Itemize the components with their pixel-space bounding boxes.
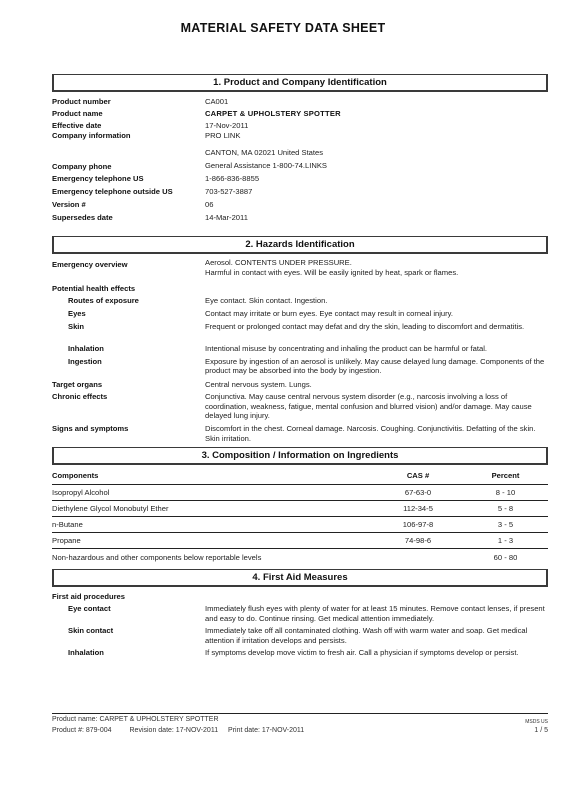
field-value: Central nervous system. Lungs.	[205, 380, 548, 390]
field-emergency-phone-outside-us: Emergency telephone outside US 703-527-3…	[52, 187, 548, 200]
first-aid-eye-contact: Eye contact Immediately flush eyes with …	[52, 604, 548, 626]
field-value: Contact may irritate or burn eyes. Eye c…	[205, 309, 548, 319]
footer-divider	[52, 713, 548, 714]
component-name: Propane	[52, 533, 373, 549]
field-label: Signs and symptoms	[52, 424, 128, 434]
component-name: Isopropyl Alcohol	[52, 485, 373, 501]
field-value: 703-527-3887	[205, 187, 548, 197]
footer-product-number: Product #: 879-004	[52, 727, 112, 734]
field-company-information: Company information PRO LINK	[52, 131, 548, 148]
field-value: Eye contact. Skin contact. Ingestion.	[205, 296, 548, 306]
footer-line-1: Product name: CARPET & UPHOLSTERY SPOTTE…	[52, 716, 548, 723]
component-cas: 74-98-6	[373, 533, 463, 549]
section-heading: 3. Composition / Information on Ingredie…	[52, 447, 548, 465]
field-label: Company information	[52, 131, 130, 141]
field-product-number: Product number CA001	[52, 97, 548, 109]
potential-health-effects: Potential health effects	[52, 284, 548, 296]
signs-and-symptoms: Signs and symptoms Discomfort in the che…	[52, 424, 548, 446]
component-name: Diethylene Glycol Monobutyl Ether	[52, 501, 373, 517]
first-aid-skin-contact: Skin contact Immediately take off all co…	[52, 626, 548, 648]
component-cas	[373, 549, 463, 567]
component-name: n-Butane	[52, 517, 373, 533]
footer-product-name: Product name: CARPET & UPHOLSTERY SPOTTE…	[52, 716, 219, 723]
field-value: Exposure by ingestion of an aerosol is u…	[205, 357, 548, 375]
field-product-name: Product name CARPET & UPHOLSTERY SPOTTER	[52, 109, 548, 121]
field-value: CANTON, MA 02021 United States	[205, 148, 548, 158]
section-composition: 3. Composition / Information on Ingredie…	[52, 447, 548, 465]
emergency-overview: Emergency overview Aerosol. CONTENTS UND…	[52, 258, 548, 284]
subheading: Potential health effects	[52, 284, 135, 294]
field-label: Skin	[68, 322, 84, 332]
table-header-row: Components CAS # Percent	[52, 467, 548, 485]
field-label: Routes of exposure	[68, 296, 139, 306]
field-value: CA001	[205, 97, 548, 107]
field-label: Supersedes date	[52, 213, 113, 223]
field-label: Emergency overview	[52, 260, 128, 270]
section-heading: 2. Hazards Identification	[52, 236, 548, 254]
component-percent: 8 - 10	[463, 485, 548, 501]
effect-ingestion: Ingestion Exposure by ingestion of an ae…	[52, 357, 548, 380]
field-label: Target organs	[52, 380, 102, 390]
hazards-list: Emergency overview Aerosol. CONTENTS UND…	[52, 258, 548, 446]
first-aid-list: First aid procedures Eye contact Immedia…	[52, 592, 548, 670]
effect-eyes: Eyes Contact may irritate or burn eyes. …	[52, 309, 548, 322]
field-label: Emergency telephone outside US	[52, 187, 173, 197]
field-supersedes-date: Supersedes date 14-Mar-2011	[52, 213, 548, 226]
footer-revision-date: Revision date: 17-NOV-2011	[130, 727, 219, 734]
field-version: Version # 06	[52, 200, 548, 213]
field-value: Discomfort in the chest. Corneal damage.…	[205, 424, 548, 443]
field-value: 17-Nov-2011	[205, 121, 548, 131]
section-first-aid: 4. First Aid Measures	[52, 569, 548, 587]
first-aid-inhalation: Inhalation If symptoms develop move vict…	[52, 648, 548, 670]
field-value: 06	[205, 200, 548, 210]
effect-skin: Skin Frequent or prolonged contact may d…	[52, 322, 548, 344]
section-heading: 1. Product and Company Identification	[52, 74, 548, 92]
field-value: Immediately take off all contaminated cl…	[205, 626, 548, 645]
field-label: Emergency telephone US	[52, 174, 144, 184]
field-label: Eyes	[68, 309, 86, 319]
field-label: Ingestion	[68, 357, 102, 367]
footer-doc-code: MSDS US	[525, 719, 548, 725]
field-label: Effective date	[52, 121, 101, 131]
field-value: General Assistance 1-800-74.LINKS	[205, 161, 548, 171]
ingredients-table-wrap: Components CAS # Percent Isopropyl Alcoh…	[52, 467, 548, 566]
column-header-cas: CAS #	[373, 467, 463, 485]
field-value: Intentional misuse by concentrating and …	[205, 344, 548, 354]
section-hazards-identification: 2. Hazards Identification	[52, 236, 548, 254]
field-company-address: CANTON, MA 02021 United States	[52, 148, 548, 161]
column-header-components: Components	[52, 467, 373, 485]
component-cas: 112-34-5	[373, 501, 463, 517]
product-info-list: Product number CA001 Product name CARPET…	[52, 97, 548, 226]
field-label: Skin contact	[68, 626, 113, 636]
field-label: Chronic effects	[52, 392, 107, 402]
footer-line-2: Product #: 879-004 Revision date: 17-NOV…	[52, 727, 548, 734]
field-value: Conjunctiva. May cause central nervous s…	[205, 392, 548, 421]
field-company-phone: Company phone General Assistance 1-800-7…	[52, 161, 548, 174]
effect-inhalation: Inhalation Intentional misuse by concent…	[52, 344, 548, 357]
table-row: Propane 74-98-6 1 - 3	[52, 533, 548, 549]
first-aid-procedures: First aid procedures	[52, 592, 548, 604]
field-value-line: Harmful in contact with eyes. Will be ea…	[205, 268, 548, 278]
column-header-percent: Percent	[463, 467, 548, 485]
table-row: Diethylene Glycol Monobutyl Ether 112-34…	[52, 501, 548, 517]
component-cas: 106-97-8	[373, 517, 463, 533]
table-row: Isopropyl Alcohol 67-63-0 8 - 10	[52, 485, 548, 501]
field-label: Inhalation	[68, 648, 104, 658]
field-value: Immediately flush eyes with plenty of wa…	[205, 604, 548, 623]
field-label: Product name	[52, 109, 103, 119]
component-percent: 1 - 3	[463, 533, 548, 549]
chronic-effects: Chronic effects Conjunctiva. May cause c…	[52, 392, 548, 424]
field-label: Company phone	[52, 162, 112, 172]
footer-print-date: Print date: 17-NOV-2011	[228, 727, 304, 734]
component-cas: 67-63-0	[373, 485, 463, 501]
component-percent: 5 - 8	[463, 501, 548, 517]
ingredients-table: Components CAS # Percent Isopropyl Alcoh…	[52, 467, 548, 566]
field-label: Version #	[52, 200, 86, 210]
section-heading: 4. First Aid Measures	[52, 569, 548, 587]
field-value: CARPET & UPHOLSTERY SPOTTER	[205, 109, 548, 119]
field-label: Product number	[52, 97, 111, 107]
component-percent: 3 - 5	[463, 517, 548, 533]
field-label: Inhalation	[68, 344, 104, 354]
effect-routes-of-exposure: Routes of exposure Eye contact. Skin con…	[52, 296, 548, 309]
field-value-line: Aerosol. CONTENTS UNDER PRESSURE.	[205, 258, 548, 268]
field-emergency-phone-us: Emergency telephone US 1-866-836-8855	[52, 174, 548, 187]
field-value: Frequent or prolonged contact may defat …	[205, 322, 548, 331]
section-product-identification: 1. Product and Company Identification	[52, 74, 548, 92]
field-value: PRO LINK	[205, 131, 548, 141]
table-row: n-Butane 106-97-8 3 - 5	[52, 517, 548, 533]
document-title: MATERIAL SAFETY DATA SHEET	[0, 21, 566, 35]
field-value: If symptoms develop move victim to fresh…	[205, 648, 548, 658]
component-name: Non-hazardous and other components below…	[52, 549, 373, 567]
field-value: 14-Mar-2011	[205, 213, 548, 223]
footer-page-number: 1 / 5	[534, 727, 548, 734]
table-row-other-components: Non-hazardous and other components below…	[52, 549, 548, 567]
component-percent: 60 - 80	[463, 549, 548, 567]
target-organs: Target organs Central nervous system. Lu…	[52, 380, 548, 392]
subheading: First aid procedures	[52, 592, 125, 602]
field-value: 1-866-836-8855	[205, 174, 548, 184]
field-label: Eye contact	[68, 604, 111, 614]
